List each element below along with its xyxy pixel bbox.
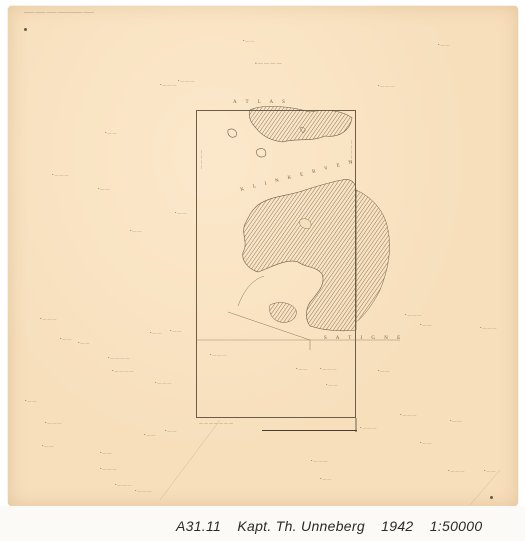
station-label: — — bbox=[378, 368, 389, 373]
station-label: — — — bbox=[178, 78, 194, 83]
station-label: — — bbox=[420, 322, 431, 327]
station-label: — — bbox=[326, 382, 337, 387]
station-label: — — — bbox=[100, 466, 116, 471]
station-label: — — bbox=[320, 476, 331, 481]
station-label: — — bbox=[144, 432, 155, 437]
station-label: — — — bbox=[378, 83, 394, 88]
station-label: — — — bbox=[480, 325, 496, 330]
station-label: — — bbox=[42, 443, 53, 448]
station-label: — — bbox=[78, 340, 89, 345]
station-label: — — bbox=[170, 328, 181, 333]
sheet-id: A31.11 bbox=[176, 518, 221, 534]
station-label: — — — bbox=[52, 172, 68, 177]
station-label: — — bbox=[243, 38, 254, 43]
station-label: — — bbox=[438, 42, 449, 47]
station-label: — — — bbox=[115, 482, 131, 487]
station-label: — — — bbox=[311, 458, 327, 463]
map-caption: A31.11 Kapt. Th. Unneberg 1942 1:50000 bbox=[176, 518, 494, 534]
station-label: — — bbox=[105, 130, 116, 135]
station-label: — — — — bbox=[112, 368, 133, 373]
station-label: — — bbox=[130, 228, 141, 233]
station-label: — — bbox=[450, 418, 461, 423]
station-label: — — — bbox=[320, 366, 336, 371]
station-label: — — bbox=[420, 440, 431, 445]
station-label: — — bbox=[175, 210, 186, 215]
station-label: — — bbox=[165, 428, 176, 433]
station-label: — — — bbox=[210, 352, 226, 357]
station-label: — — bbox=[60, 336, 71, 341]
station-label: — — — bbox=[400, 412, 416, 417]
year: 1942 bbox=[381, 518, 413, 534]
pin-mark bbox=[490, 496, 493, 499]
station-label: — — — bbox=[405, 312, 421, 317]
station-label: — — bbox=[100, 450, 111, 455]
station-label: — — — bbox=[160, 82, 176, 87]
station-label: — — — bbox=[45, 420, 61, 425]
station-label: — — — bbox=[360, 425, 376, 430]
station-label: — — — — bbox=[108, 355, 129, 360]
station-label: — — bbox=[25, 398, 36, 403]
label-atlas: A T L A S bbox=[233, 100, 289, 105]
station-label: — — — bbox=[135, 488, 151, 493]
station-label: — — — bbox=[155, 380, 171, 385]
pin-mark bbox=[24, 28, 27, 31]
station-label: — — bbox=[484, 468, 495, 473]
station-label: — — — bbox=[448, 468, 464, 473]
label-south: S A T I G N E bbox=[324, 336, 404, 341]
island-map-drawing bbox=[0, 0, 525, 541]
station-label: — — — bbox=[40, 316, 56, 321]
station-label: — — bbox=[296, 366, 307, 371]
station-label: — — bbox=[150, 330, 161, 335]
station-label: — — bbox=[98, 186, 109, 191]
scale: 1:50000 bbox=[430, 518, 483, 534]
author: Kapt. Th. Unneberg bbox=[237, 518, 365, 534]
